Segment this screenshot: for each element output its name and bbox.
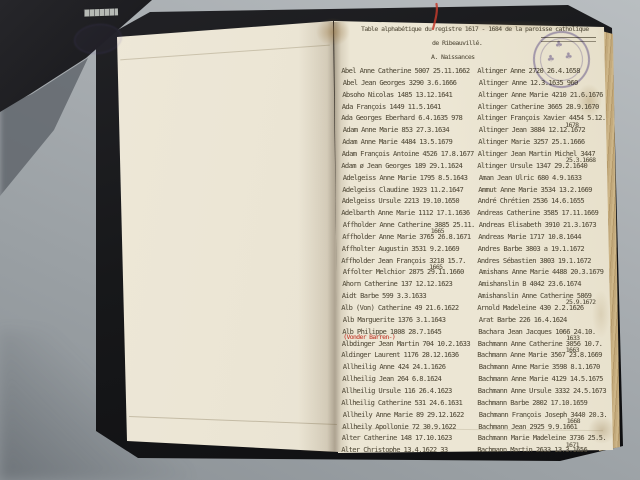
register-row: Affholder Anne Marie 3765 26.8.1671 [342, 233, 482, 245]
register-entry-text: Bachmann François Joseph 3440 20.3. [479, 411, 607, 419]
register-entry-text: Andreas Catherine 3585 17.11.1669 [477, 209, 598, 217]
register-row: Andres Sébastien 3803 19.1.1672 [477, 257, 617, 269]
register-entry-text: Ahorn Catherine 137 12.12.1623 [342, 280, 452, 288]
register-row: Bachmann François Joseph 3440 20.3.1668 [479, 411, 619, 423]
register-row: Bachmann Anne Ursule 3332 24.5.1673 [478, 387, 618, 399]
register-entry-text: Bachmann Anne Ursule 3332 24.5.1673 [478, 387, 606, 395]
register-entry-text: Amishanslin B 4042 23.6.1674 [478, 280, 581, 288]
register-row: Alb Marguerite 1376 3.1.1643 [343, 316, 483, 328]
register-row: Allheily Anne Marie 89 29.12.1622 [343, 411, 483, 423]
register-row: Absoho Nicolas 1485 13.12.1641 [342, 91, 482, 103]
register-row: Altinger François Xavier 4454 5.12.1678 [477, 114, 617, 126]
register-row: Adelgeiss Claudine 1923 11.2.1647 [342, 186, 482, 198]
register-row: Amishans Anne Marie 4488 20.3.1679 [479, 268, 619, 280]
register-entry-text: Adam ø Jean Georges 189 29.1.1624 [341, 162, 462, 170]
register-entry-text: Bachmann Anne Marie 3567 23.8.1669 [477, 351, 602, 359]
register-entry-text: Adelgeiss Claudine 1923 11.2.1647 [342, 186, 463, 194]
register-row: Arat Barbe 226 16.4.1624 [479, 316, 619, 328]
register-row: Altinger Ursule 1347 29.2.1640 [477, 162, 617, 174]
register-row: Affholter Augustin 3531 9.2.1669 [342, 245, 482, 257]
register-row: Abel Anne Catherine 5007 25.11.1662 [341, 67, 481, 79]
register-row: Andreas Elisabeth 3910 21.3.1673 [479, 221, 619, 233]
register-entry-text: Adelgeiss Anne Marie 1795 8.5.1643 [343, 174, 468, 182]
register-row: Altinger Jean Martin Michel 344725.3.166… [478, 150, 618, 162]
register-row: Abel Jean Georges 3290 3.6.1666 [343, 79, 483, 91]
register-entry-text: Arnold Madeleine 430 2.2.1626 [477, 304, 583, 312]
register-entry-text: Aidt Barbe 599 3.3.1633 [342, 292, 426, 300]
register-row: Adelgeiss Ursule 2213 19.10.1650 [342, 197, 482, 209]
register-row: Affholder Jean François 3218 15.7.1665 [341, 257, 481, 269]
register-entry-text: Adelgeiss Ursule 2213 19.10.1650 [342, 197, 459, 205]
register-row: Altinger Jean 3884 12.12.1672 [479, 126, 619, 138]
register-entry-text: Ada François 1449 11.5.1641 [342, 103, 441, 111]
register-entry-text: Arat Barbe 226 16.4.1624 [479, 316, 567, 324]
register-entry-text: Allheilig Ursule 116 26.4.1623 [342, 387, 452, 395]
register-entry-text: Allheilig Anne 424 24.1.1626 [343, 363, 446, 371]
register-row: Bachmann Barbe 2802 17.10.1659 [477, 399, 617, 411]
register-row: Aidt Barbe 599 3.3.1633 [342, 292, 482, 304]
register-entry-text: Alter Catherine 148 17.10.1623 [342, 434, 452, 442]
register-row: André Chrétien 2536 14.6.1655 [478, 197, 618, 209]
register-row: Bachmann Anne Catherine 3056 10.7.1663 [478, 340, 618, 352]
register-row: Amishanslin Anne Catherine 586925.9.1672 [478, 292, 618, 304]
register-entry-text: Allheilig Catherine 531 24.6.1631 [341, 399, 462, 407]
scanned-book-photo: Table alphabétique du registre 1617 - 16… [0, 0, 640, 480]
register-row: Adam Anne Marie 853 27.3.1634 [343, 126, 483, 138]
register-entry-text: Altinger Catherine 3665 28.9.1670 [478, 103, 599, 111]
register-entry-text: Bachmann Anne Marie 3598 8.1.1670 [479, 363, 600, 371]
register-entry-text: Altinger François Xavier 4454 5.12. [477, 114, 605, 122]
register-entry-text: Aldinger Laurent 1176 28.12.1636 [341, 351, 458, 359]
register-row: Adelbarth Anne Marie 1112 17.1.1636 [341, 209, 481, 221]
register-entry-text: Amishans Anne Marie 4488 20.3.1679 [479, 268, 604, 276]
register-row: Ada François 1449 11.5.1641 [342, 103, 482, 115]
register-row: Allheilig Ursule 116 26.4.1623 [342, 387, 482, 399]
register-row: Bachara Jean Jacques 1066 24.10.1633 [478, 328, 618, 340]
section-heading: A. Naissances [431, 53, 475, 61]
register-entry-text: Adam Anne Marie 4484 13.5.1679 [342, 138, 452, 146]
register-entry-text: Affholder Anne Marie 3765 26.8.1671 [342, 233, 470, 241]
register-entry-text: Albdinger Jean Martin 704 10.2.1633 [342, 340, 470, 348]
register-entry-text: Bachmann Barbe 2802 17.10.1659 [477, 399, 587, 407]
register-entry-text: Bachmann Jean 2925 9.9.1661 [478, 423, 577, 431]
register-entry-text: Altinger Ursule 1347 29.2.1640 [477, 162, 587, 170]
register-row: Aman Jean Ulric 680 4.9.1633 [479, 174, 619, 186]
register-entry-text: Andreas Marie 1717 10.8.1644 [478, 233, 581, 241]
register-row: Allheilig Jean 264 6.8.1624 [342, 375, 482, 387]
register-row: Alter Catherine 148 17.10.1623 [342, 434, 482, 446]
register-title-line2: de Ribeauvillé. [432, 39, 482, 47]
register-row: Bachmann Anne Marie 3598 8.1.1670 [479, 363, 619, 375]
register-row: Aldinger Laurent 1176 28.12.1636 [341, 351, 481, 363]
register-row: Ammut Anne Marie 3534 13.2.1669 [478, 186, 618, 198]
stamp-emblem: ♣ [554, 40, 563, 51]
register-entry-text: Alter Christophe 13.4.1622 33 [341, 446, 447, 454]
register-column-left: Abel Anne Catherine 5007 25.11.1662Abel … [342, 67, 482, 467]
register-row: Amishanslin B 4042 23.6.1674 [478, 280, 618, 292]
register-entry-text: Altinger Jean 3884 12.12.1672 [479, 126, 585, 134]
register-row: Albdinger Jean Martin 704 10.2.1633 [342, 340, 482, 352]
register-entry-text: Bachmann Martin 2633 13.3.1656 [477, 446, 587, 454]
register-row: Allheilig Anne 424 24.1.1626 [343, 363, 483, 375]
register-entry-text: Bachmann Anne Marie 4129 14.5.1675 [478, 375, 603, 383]
register-row: Allheily Apollonie 72 30.9.1622 [342, 423, 482, 435]
register-entry-text: Alb Marguerite 1376 3.1.1643 [343, 316, 446, 324]
register-row: Andreas Marie 1717 10.8.1644 [478, 233, 618, 245]
register-entry-text: Absoho Nicolas 1485 13.12.1641 [342, 91, 452, 99]
register-row: Ahorn Catherine 137 12.12.1623 [342, 280, 482, 292]
register-entry-text: Alb (Von) Catherine 49 21.6.1622 [341, 304, 458, 312]
register-entry-text: Allheilig Jean 264 6.8.1624 [342, 375, 441, 383]
register-entry-text: Andreas Elisabeth 3910 21.3.1673 [479, 221, 596, 229]
register-entry-text: Altinger Marie 3257 25.1.1666 [478, 138, 584, 146]
register-entry-text: André Chrétien 2536 14.6.1655 [478, 197, 584, 205]
register-entry-text: Abel Jean Georges 3290 3.6.1666 [343, 79, 457, 87]
register-entry-text: Affholder Anne Catherine 3885 25.11. [343, 221, 475, 229]
register-entry-text: Andres Sébastien 3803 19.1.1672 [477, 257, 591, 265]
register-entry-text: Aman Jean Ulric 680 4.9.1633 [479, 174, 582, 182]
register-row: Adam François Antoine 4526 17.8.1677 [342, 150, 482, 162]
register-row: Adam Anne Marie 4484 13.5.1679 [342, 138, 482, 150]
register-entry-text: Adam François Antoine 4526 17.8.1677 [342, 150, 474, 158]
register-row: Bachmann Martin 2633 13.3.1656 [477, 446, 617, 458]
register-entry-text: Abel Anne Catherine 5007 25.11.1662 [341, 67, 469, 75]
register-entry-text: Allheily Anne Marie 89 29.12.1622 [343, 411, 464, 419]
register-row: Bachmann Anne Marie 3567 23.8.1669 [477, 351, 617, 363]
register-row: Affholder Anne Catherine 3885 25.11.1665 [343, 221, 483, 233]
register-row: Adam ø Jean Georges 189 29.1.1624 [341, 162, 481, 174]
register-entry-text: Affolter Melchior 2875 29.11.1660 [343, 268, 464, 276]
register-row: Altinger Anne Marie 4210 21.6.1676 [478, 91, 618, 103]
register-entry-text: Bachmann Marie Madeleine 3736 25.5. [478, 434, 606, 442]
register-entry-text: Altinger Anne Marie 4210 21.6.1676 [478, 91, 603, 99]
register-entry-text: Andres Barbe 3803 a 19.1.1672 [478, 245, 584, 253]
register-row: Alb Philippe 1808 28.7.1645(Vonder Barre… [342, 328, 482, 340]
register-entry-text: Adelbarth Anne Marie 1112 17.1.1636 [341, 209, 469, 217]
register-column-right: Altinger Anne 2720 26.4.1658Altinger Ann… [478, 67, 618, 467]
red-pen-mark-icon [424, 1, 446, 31]
register-row: Altinger Catherine 3665 28.9.1670 [478, 103, 618, 115]
register-row: Bachmann Anne Marie 4129 14.5.1675 [478, 375, 618, 387]
register-row: Ada Georges Eberhard 6.4.1635 978 [341, 114, 481, 126]
register-entry-text: Ada Georges Eberhard 6.4.1635 978 [341, 114, 462, 122]
register-row: Affolter Melchior 2875 29.11.1660 [343, 268, 483, 280]
register-entry-text: Allheily Apollonie 72 30.9.1622 [342, 423, 456, 431]
register-row: Arnold Madeleine 430 2.2.1626 [477, 304, 617, 316]
register-row: Andres Barbe 3803 a 19.1.1672 [478, 245, 618, 257]
register-entry-text: Bachmann Anne Catherine 3056 10.7. [478, 340, 603, 348]
register-row: Altinger Marie 3257 25.1.1666 [478, 138, 618, 150]
register-entry-text: Adam Anne Marie 853 27.3.1634 [343, 126, 449, 134]
register-row: Alter Christophe 13.4.1622 33 [341, 446, 481, 458]
stamp-emblem: ♣ [564, 51, 573, 62]
register-row: Bachmann Marie Madeleine 3736 25.5.1671 [478, 434, 618, 446]
register-entry-text: Ammut Anne Marie 3534 13.2.1669 [478, 186, 592, 194]
register-row: Andreas Catherine 3585 17.11.1669 [477, 209, 617, 221]
register-row: Allheilig Catherine 531 24.6.1631 [341, 399, 481, 411]
register-entry-text: Affholder Jean François 3218 15.7. [341, 257, 466, 265]
stamp-emblem: ♣ [546, 54, 555, 65]
register-row: Bachmann Jean 2925 9.9.1661 [478, 423, 618, 435]
register-entry-text: Affholter Augustin 3531 9.2.1669 [342, 245, 459, 253]
register-row: Alb (Von) Catherine 49 21.6.1622 [341, 304, 481, 316]
register-row: Adelgeiss Anne Marie 1795 8.5.1643 [343, 174, 483, 186]
